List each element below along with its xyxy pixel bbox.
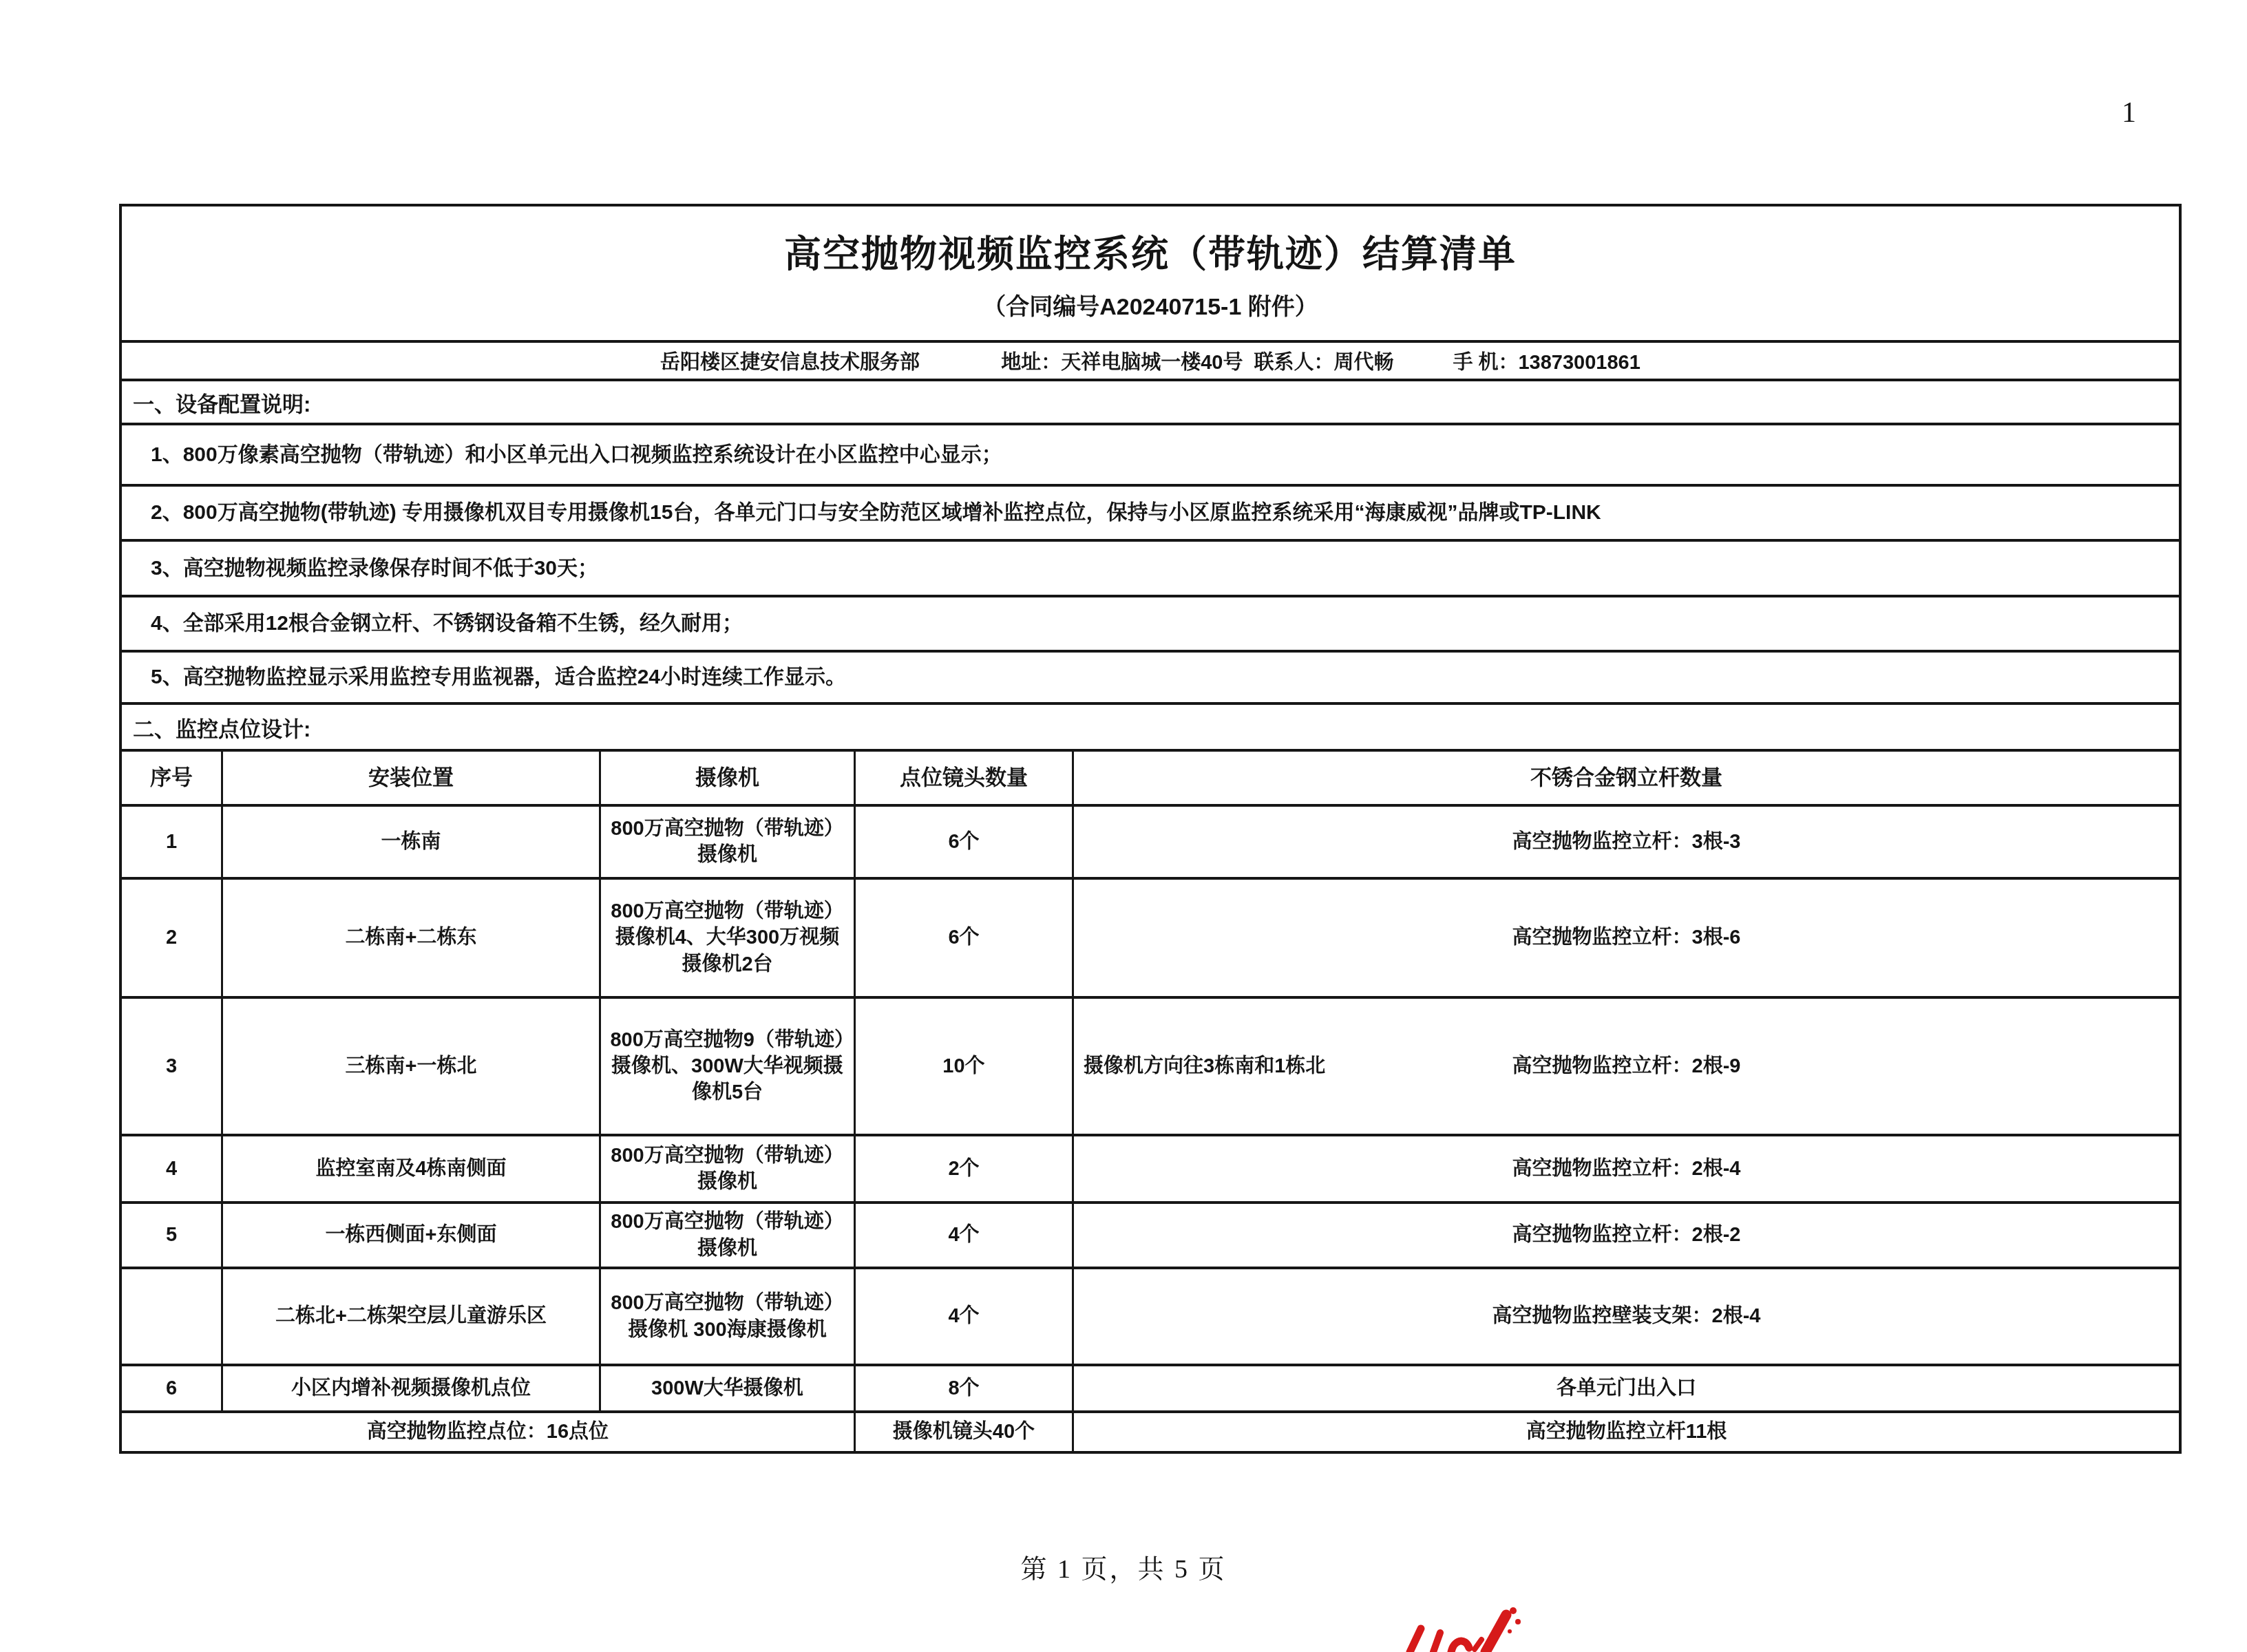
cell-lens-count: 2个: [854, 1136, 1072, 1201]
cell-location: 三栋南+一栋北: [221, 999, 599, 1134]
table-row: 4 监控室南及4栋南侧面 800万高空抛物（带轨迹）摄像机 2个 高空抛物监控立…: [122, 1134, 2179, 1201]
cell-location: 一栋西侧面+东侧面: [221, 1204, 599, 1267]
title-block: 高空抛物视频监控系统（带轨迹）结算清单 （合同编号A20240715-1 附件）: [122, 206, 2179, 340]
col-header-camera: 摄像机: [599, 752, 854, 804]
config-item-2: 2、800万高空抛物(带轨迹) 专用摄像机双目专用摄像机15台，各单元门口与安全…: [122, 484, 2179, 539]
cell-lens-count: 6个: [854, 807, 1072, 877]
cell-index: 5: [122, 1204, 221, 1267]
table-row: 2 二栋南+二栋东 800万高空抛物（带轨迹）摄像机4、大华300万视频摄像机2…: [122, 877, 2179, 996]
red-stamp-fragment: [1397, 1604, 1549, 1652]
table-row: 5 一栋西侧面+东侧面 800万高空抛物（带轨迹）摄像机 4个 高空抛物监控立杆…: [122, 1201, 2179, 1267]
table-row: 二栋北+二栋架空层儿童游乐区 800万高空抛物（带轨迹）摄像机 300海康摄像机…: [122, 1267, 2179, 1364]
cell-pole: 高空抛物监控立杆：3根-3: [1072, 807, 2179, 877]
stamp-icon: [1397, 1604, 1549, 1652]
table-header-row: 序号 安装位置 摄像机 点位镜头数量 不锈合金钢立杆数量: [122, 749, 2179, 804]
company-address: 地址：天祥电脑城一楼40号: [1001, 347, 1243, 375]
cell-lens-count: 10个: [854, 999, 1072, 1134]
cell-pole: 高空抛物监控立杆：2根-4: [1072, 1136, 2179, 1201]
cell-index: 3: [122, 999, 221, 1134]
company-name: 岳阳楼区捷安信息技术服务部: [660, 347, 920, 375]
config-item-5: 5、高空抛物监控显示采用监控专用监视器，适合监控24小时连续工作显示。: [122, 650, 2179, 702]
cell-lens-count: 6个: [854, 880, 1072, 996]
section2-heading: 二、监控点位设计:: [122, 702, 2179, 749]
cell-camera: 800万高空抛物（带轨迹）摄像机: [599, 807, 854, 877]
cell-index: [122, 1269, 221, 1364]
config-item-1: 1、800万像素高空抛物（带轨迹）和小区单元出入口视频监控系统设计在小区监控中心…: [122, 423, 2179, 484]
cell-pole: 各单元门出入口: [1072, 1366, 2179, 1410]
col-header-location: 安装位置: [221, 752, 599, 804]
cell-pole: 高空抛物监控立杆：2根-2: [1072, 1204, 2179, 1267]
cell-location: 一栋南: [221, 807, 599, 877]
cell-camera: 800万高空抛物（带轨迹）摄像机4、大华300万视频摄像机2台: [599, 880, 854, 996]
cell-lens-count: 4个: [854, 1204, 1072, 1267]
cell-pole: 高空抛物监控壁装支架：2根-4: [1072, 1269, 2179, 1364]
cell-location: 二栋北+二栋架空层儿童游乐区: [221, 1269, 599, 1364]
table-total-row: 高空抛物监控点位：16点位 摄像机镜头40个 高空抛物监控立杆11根: [122, 1410, 2179, 1451]
table-row: 3 三栋南+一栋北 800万高空抛物9（带轨迹）摄像机、300W大华视频摄像机5…: [122, 996, 2179, 1134]
doc-subtitle: （合同编号A20240715-1 附件）: [982, 288, 1318, 321]
company-row: 岳阳楼区捷安信息技术服务部 地址：天祥电脑城一楼40号 联系人：周代畅 手 机：…: [122, 340, 2179, 379]
config-item-4: 4、全部采用12根合金钢立杆、不锈钢设备箱不生锈，经久耐用；: [122, 595, 2179, 650]
company-phone: 手 机：13873001861: [1453, 347, 1640, 375]
cell-camera: 800万高空抛物（带轨迹）摄像机 300海康摄像机: [599, 1269, 854, 1364]
cell-camera: 300W大华摄像机: [599, 1366, 854, 1410]
cell-location: 小区内增补视频摄像机点位: [221, 1366, 599, 1410]
col-header-pole-count: 不锈合金钢立杆数量: [1072, 752, 2179, 804]
page-corner-number: 1: [2122, 96, 2136, 129]
table-row: 6 小区内增补视频摄像机点位 300W大华摄像机 8个 各单元门出入口: [122, 1364, 2179, 1410]
cell-location: 监控室南及4栋南侧面: [221, 1136, 599, 1201]
camera-direction-note: 摄像机方向往3栋南和1栋北: [1084, 1053, 1325, 1079]
cell-pole: 摄像机方向往3栋南和1栋北 高空抛物监控立杆：2根-9: [1072, 999, 2179, 1134]
config-item-3: 3、高空抛物视频监控录像保存时间不低于30天；: [122, 539, 2179, 595]
settlement-document-table: 高空抛物视频监控系统（带轨迹）结算清单 （合同编号A20240715-1 附件）…: [119, 204, 2182, 1454]
col-header-lens-count: 点位镜头数量: [854, 752, 1072, 804]
cell-camera: 800万高空抛物（带轨迹）摄像机: [599, 1204, 854, 1267]
section1-heading: 一、设备配置说明:: [122, 379, 2179, 423]
pole-count-text: 高空抛物监控立杆：2根-9: [1512, 1053, 1741, 1079]
cell-index: 6: [122, 1366, 221, 1410]
cell-index: 1: [122, 807, 221, 877]
cell-pole: 高空抛物监控立杆：3根-6: [1072, 880, 2179, 996]
cell-index: 2: [122, 880, 221, 996]
cell-lens-count: 8个: [854, 1366, 1072, 1410]
total-points: 高空抛物监控点位：16点位: [122, 1413, 854, 1451]
table-row: 1 一栋南 800万高空抛物（带轨迹）摄像机 6个 高空抛物监控立杆：3根-3: [122, 804, 2179, 877]
company-contact: 联系人：周代畅: [1254, 347, 1393, 375]
cell-camera: 800万高空抛物9（带轨迹）摄像机、300W大华视频摄像机5台: [599, 999, 854, 1134]
cell-lens-count: 4个: [854, 1269, 1072, 1364]
footer-page-label: 第 1 页，共 5 页: [1020, 1547, 1226, 1585]
total-lenses: 摄像机镜头40个: [854, 1413, 1072, 1451]
cell-index: 4: [122, 1136, 221, 1201]
cell-location: 二栋南+二栋东: [221, 880, 599, 996]
total-poles: 高空抛物监控立杆11根: [1072, 1413, 2179, 1451]
col-header-index: 序号: [122, 752, 221, 804]
cell-camera: 800万高空抛物（带轨迹）摄像机: [599, 1136, 854, 1201]
doc-title: 高空抛物视频监控系统（带轨迹）结算清单: [784, 225, 1517, 278]
